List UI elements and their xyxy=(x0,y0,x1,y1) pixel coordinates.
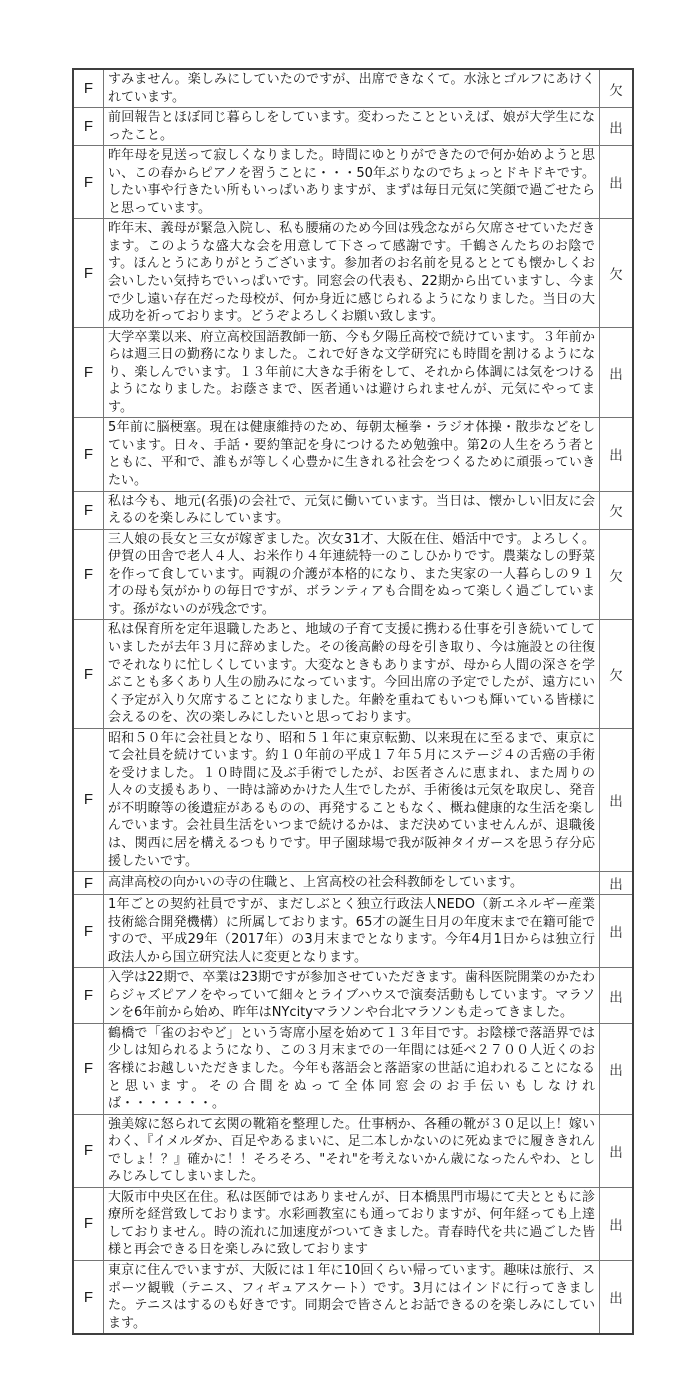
member-code: F xyxy=(73,872,104,895)
comment-text: 私は保育所を定年退職したあと、地域の子育て支援に携わる仕事を引き続いてしていまし… xyxy=(104,620,600,728)
table-row: F 大阪市中央区在住。私は医師ではありませんが、日本橋黒門市場にて夫とともに診療… xyxy=(73,1187,633,1260)
attendance-status: 出 xyxy=(600,1187,634,1260)
attendance-status: 出 xyxy=(600,968,634,1024)
comment-text: 高津高校の向かいの寺の住職と、上宮高校の社会科教師をしています。 xyxy=(104,872,600,895)
comment-text: 私は今も、地元(名張)の会社で、元気に働いています。当日は、懐かしい旧友に会える… xyxy=(104,491,600,529)
member-code: F xyxy=(73,728,104,871)
member-code: F xyxy=(73,620,104,728)
table-row: F 昨年母を見送って寂しくなりました。時間にゆとりができたので何か始めようと思い… xyxy=(73,146,633,219)
attendance-status: 出 xyxy=(600,1023,634,1114)
comment-text: 東京に住んでいますが、大阪には１年に10回くらい帰っています。趣味は旅行、スポー… xyxy=(104,1261,600,1335)
attendance-status: 出 xyxy=(600,895,634,968)
comment-text: 三人娘の長女と三女が嫁ぎました。次女31才、大阪在住、婚活中です。よろしく。伊賀… xyxy=(104,529,600,620)
table-row: F 昭和５０年に会社員となり、昭和５１年に東京転勤、以来現在に至るまで、東京にて… xyxy=(73,728,633,871)
table-row: F 大学卒業以来、府立高校国語教師一筋、今も夕陽丘高校で続けています。３年前から… xyxy=(73,327,633,418)
attendance-status: 出 xyxy=(600,1114,634,1187)
member-code: F xyxy=(73,529,104,620)
member-code: F xyxy=(73,327,104,418)
comment-text: 1年ごとの契約社員ですが、まだしぶとく独立行政法人NEDO（新エネルギー産業技術… xyxy=(104,895,600,968)
table-row: F 高津高校の向かいの寺の住職と、上宮高校の社会科教師をしています。 出 xyxy=(73,872,633,895)
attendance-status: 出 xyxy=(600,146,634,219)
member-code: F xyxy=(73,1187,104,1260)
member-code: F xyxy=(73,968,104,1024)
table-row: F 私は保育所を定年退職したあと、地域の子育て支援に携わる仕事を引き続いてしてい… xyxy=(73,620,633,728)
comment-text: 大学卒業以来、府立高校国語教師一筋、今も夕陽丘高校で続けています。３年前からは週… xyxy=(104,327,600,418)
member-code: F xyxy=(73,1261,104,1335)
member-code: F xyxy=(73,146,104,219)
attendance-status: 欠 xyxy=(600,69,634,108)
document-page: F すみません。楽しみにしていたのですが、出席できなくて。水泳とゴルフにあけくれ… xyxy=(0,0,695,1375)
comment-text: 5年前に脳梗塞。現在は健康維持のため、毎朝太極拳・ラジオ体操・散歩などをしていま… xyxy=(104,418,600,491)
attendance-status: 出 xyxy=(600,728,634,871)
member-code: F xyxy=(73,1114,104,1187)
comment-text: すみません。楽しみにしていたのですが、出席できなくて。水泳とゴルフにあけくれてい… xyxy=(104,69,600,108)
comment-text: 大阪市中央区在住。私は医師ではありませんが、日本橋黒門市場にて夫とともに診療所を… xyxy=(104,1187,600,1260)
member-code: F xyxy=(73,108,104,146)
member-code: F xyxy=(73,1023,104,1114)
table-row: F 5年前に脳梗塞。現在は健康維持のため、毎朝太極拳・ラジオ体操・散歩などをして… xyxy=(73,418,633,491)
attendance-status: 出 xyxy=(600,108,634,146)
table-row: F 前回報告とほぼ同じ暮らしをしています。変わったことといえば、娘が大学生になっ… xyxy=(73,108,633,146)
member-code: F xyxy=(73,418,104,491)
attendance-status: 出 xyxy=(600,872,634,895)
table-row: F すみません。楽しみにしていたのですが、出席できなくて。水泳とゴルフにあけくれ… xyxy=(73,69,633,108)
comment-text: 昨年末、義母が緊急入院し、私も腰痛のため今回は残念ながら欠席させていただきます。… xyxy=(104,219,600,327)
table-row: F 1年ごとの契約社員ですが、まだしぶとく独立行政法人NEDO（新エネルギー産業… xyxy=(73,895,633,968)
table-row: F 三人娘の長女と三女が嫁ぎました。次女31才、大阪在住、婚活中です。よろしく。… xyxy=(73,529,633,620)
comment-text: 入学は22期で、卒業は23期ですが参加させていただきます。歯科医院開業のかたわら… xyxy=(104,968,600,1024)
table-row: F 鶴橋で「雀のおやど」という寄席小屋を始めて１３年目です。お陰様で落語界では少… xyxy=(73,1023,633,1114)
member-code: F xyxy=(73,895,104,968)
comment-text: 昭和５０年に会社員となり、昭和５１年に東京転勤、以来現在に至るまで、東京にて会社… xyxy=(104,728,600,871)
comment-text: 強美嫁に怒られて玄関の靴箱を整理した。仕事柄か、各種の靴が３０足以上！嫁いわく、… xyxy=(104,1114,600,1187)
attendance-status: 出 xyxy=(600,418,634,491)
member-code: F xyxy=(73,69,104,108)
table-row: F 入学は22期で、卒業は23期ですが参加させていただきます。歯科医院開業のかた… xyxy=(73,968,633,1024)
attendance-status: 欠 xyxy=(600,219,634,327)
attendance-status: 出 xyxy=(600,1261,634,1335)
comment-text: 前回報告とほぼ同じ暮らしをしています。変わったことといえば、娘が大学生になったこ… xyxy=(104,108,600,146)
table-row: F 私は今も、地元(名張)の会社で、元気に働いています。当日は、懐かしい旧友に会… xyxy=(73,491,633,529)
attendance-status: 欠 xyxy=(600,529,634,620)
member-code: F xyxy=(73,219,104,327)
attendance-table: F すみません。楽しみにしていたのですが、出席できなくて。水泳とゴルフにあけくれ… xyxy=(72,68,634,1335)
table-row: F 東京に住んでいますが、大阪には１年に10回くらい帰っています。趣味は旅行、ス… xyxy=(73,1261,633,1335)
member-code: F xyxy=(73,491,104,529)
comment-text: 鶴橋で「雀のおやど」という寄席小屋を始めて１３年目です。お陰様で落語界では少しは… xyxy=(104,1023,600,1114)
table-row: F 昨年末、義母が緊急入院し、私も腰痛のため今回は残念ながら欠席させていただきま… xyxy=(73,219,633,327)
table-row: F 強美嫁に怒られて玄関の靴箱を整理した。仕事柄か、各種の靴が３０足以上！嫁いわ… xyxy=(73,1114,633,1187)
attendance-status: 欠 xyxy=(600,491,634,529)
attendance-status: 欠 xyxy=(600,620,634,728)
comment-text: 昨年母を見送って寂しくなりました。時間にゆとりができたので何か始めようと思い、こ… xyxy=(104,146,600,219)
attendance-status: 出 xyxy=(600,327,634,418)
